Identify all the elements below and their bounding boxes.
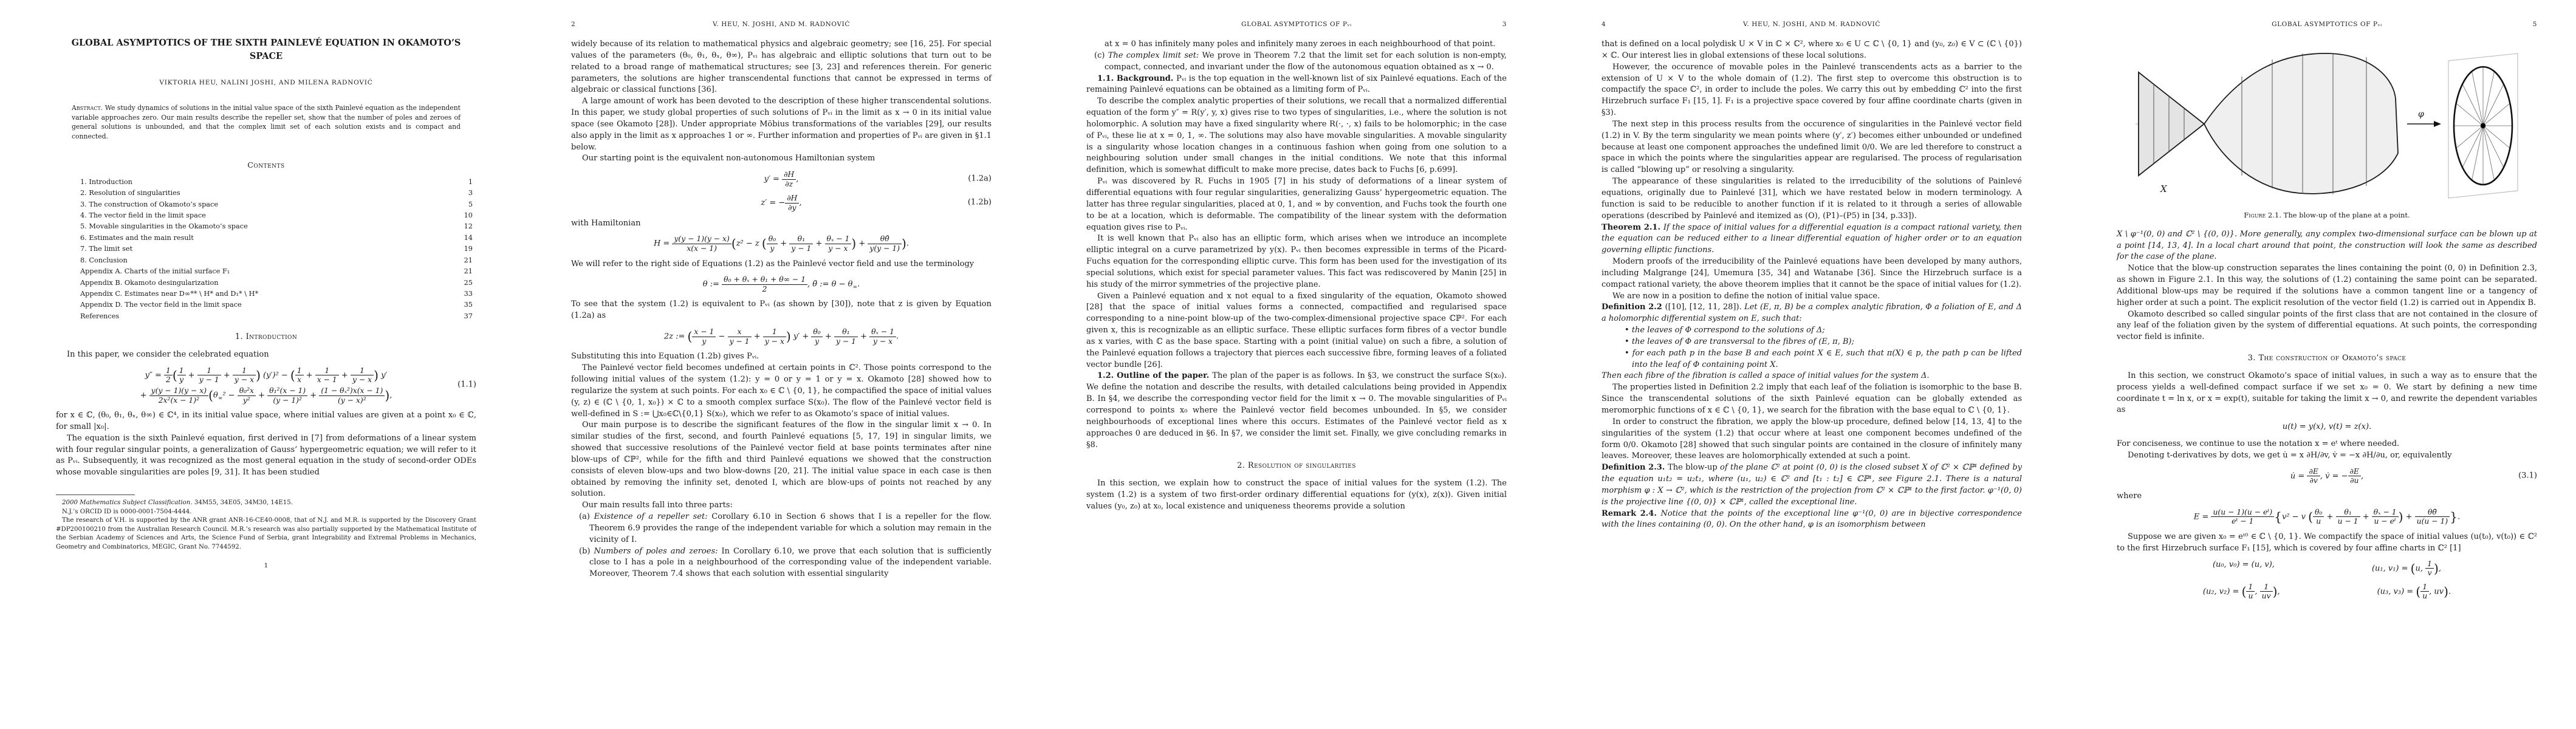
- equation-1-2a: y′ = ∂H∂z, (1.2a): [571, 170, 992, 188]
- toc-entry: Appendix C. Estimates near D∞** \ H* and…: [80, 289, 473, 299]
- figure-caption: Figure 2.1. The blow-up of the plane at …: [2117, 210, 2537, 221]
- paragraph: 1.1. Background. Pᵥᵢ is the top equation…: [1086, 74, 1507, 97]
- header-title: GLOBAL ASYMPTOTICS OF Pᵥᵢ: [2137, 21, 2516, 28]
- paragraph: The research of V.H. is supported by the…: [56, 516, 476, 552]
- header-title: V. HEU, N. JOSHI, AND M. RADNOVIĆ: [592, 21, 971, 28]
- paragraph: However, the occurence of movable poles …: [1601, 62, 2022, 119]
- paragraph: with Hamiltonian: [571, 218, 992, 230]
- equation-1-2b: z′ = −∂H∂y, (1.2b): [571, 194, 992, 212]
- paragraph: Substituting this into Equation (1.2b) g…: [571, 351, 992, 363]
- toc-entry: Appendix D. The vector field in the limi…: [80, 299, 473, 310]
- toc-entry: References37: [80, 311, 473, 322]
- header-page-number: 3: [1486, 21, 1507, 28]
- body-paragraphs: Suppose we are given x₀ = eᵗ⁰ ∈ ℂ \ {0, …: [2117, 532, 2537, 555]
- page-5: GLOBAL ASYMPTOTICS OF Pᵥᵢ 5 X φ: [2061, 0, 2576, 729]
- footnote-rule: [56, 495, 135, 495]
- right-leaf-surface: [2204, 53, 2398, 194]
- paragraph: Then each fibre of the fibration is call…: [1601, 371, 2022, 382]
- paragraph: Our main purpose is to describe the sign…: [571, 420, 992, 500]
- paper-authors: VIKTORIA HEU, NALINI JOSHI, AND MILENA R…: [56, 78, 476, 87]
- paragraph: Given a Painlevé equation and x not equa…: [1086, 291, 1507, 371]
- chart-1: (u₁, v₁) = (u, 1v),: [2372, 560, 2441, 578]
- contents-heading: Contents: [56, 160, 476, 171]
- uv-substitution-equation: u(t) = y(x), v(t) = z(x).: [2117, 422, 2537, 433]
- paragraph: at x = 0 has infinitely many poles and i…: [1086, 39, 1507, 50]
- paragraph: Pᵥᵢ was discovered by R. Fuchs in 1905 […: [1086, 176, 1507, 233]
- equation-1-2b-body: z′ = −∂H∂y,: [571, 194, 992, 212]
- abstract-text: We study dynamics of solutions in the in…: [72, 104, 461, 140]
- page-number: 1: [56, 561, 476, 570]
- abstract-label: Abstract.: [72, 104, 103, 112]
- body-paragraphs: Substituting this into Equation (1.2b) g…: [571, 351, 992, 580]
- running-header: GLOBAL ASYMPTOTICS OF Pᵥᵢ 3: [1030, 0, 1546, 28]
- paragraph: For conciseness, we continue to use the …: [2117, 439, 2537, 450]
- equation-1-1-line-2: + y(y − 1)(y − x)2x²(x − 1)²(θ∞² − θ₀²xy…: [56, 386, 476, 405]
- figure-2-1: X φ Figure 2.1. The blow-up of the plane…: [2117, 45, 2537, 221]
- body-paragraphs: In this section, we explain how to const…: [1086, 478, 1507, 513]
- figure-caption-label: Figure 2.1.: [2244, 211, 2281, 219]
- header-title: GLOBAL ASYMPTOTICS OF Pᵥᵢ: [1107, 21, 1486, 28]
- page-1: GLOBAL ASYMPTOTICS OF THE SIXTH PAINLEVÉ…: [0, 0, 515, 729]
- paragraph: (c) The complex limit set: We prove in T…: [1086, 50, 1507, 74]
- body-paragraphs: We will refer to the right side of Equat…: [571, 259, 992, 270]
- section-2-heading: 2. Resolution of singularities: [1086, 460, 1507, 472]
- body-paragraphs: In this section, we construct Okamoto’s …: [2117, 371, 2537, 416]
- paragraph: We will refer to the right side of Equat…: [571, 259, 992, 270]
- equation-1-1-line-1: y″ = 12(1y + 1y − 1 + 1y − x) (y′)² − (1…: [56, 366, 476, 385]
- section-3-heading: 3. The construction of Okamoto’s space: [2117, 353, 2537, 364]
- paragraph: It is well known that Pᵥᵢ also has an el…: [1086, 233, 1507, 290]
- footnote-text: 2000 Mathematics Subject Classification.…: [56, 499, 476, 552]
- hamiltonian-equation: H = y(y − 1)(y − x)x(x − 1)(z² − z (θ₀y …: [571, 234, 992, 253]
- paragraph: The Painlevé vector field becomes undefi…: [571, 363, 992, 420]
- header-page-number: 5: [2516, 21, 2537, 28]
- body-paragraphs: where: [2117, 491, 2537, 502]
- toc-entry: 5. Movable singularities in the Okamoto’…: [80, 221, 473, 232]
- theta-definition-equation: θ := θ₀ + θₓ + θ₁ + θ∞ − 12, θ̄ := θ − θ…: [571, 275, 992, 293]
- body-paragraphs: with Hamiltonian: [571, 218, 992, 230]
- surface-label-x: X: [2160, 183, 2168, 194]
- toc-entry: 8. Conclusion21: [80, 255, 473, 266]
- paragraph: Our main results fall into three parts:: [571, 500, 992, 512]
- body-paragraphs: To see that the system (1.2) is equivale…: [571, 299, 992, 322]
- body-paragraphs: that is defined on a local polydisk U × …: [1601, 39, 2022, 531]
- equation-tag: (1.2b): [968, 197, 992, 209]
- page-2: 2 V. HEU, N. JOSHI, AND M. RADNOVIĆ wide…: [515, 0, 1030, 729]
- projection-arrow-head: [2434, 121, 2441, 127]
- body-paragraphs: widely because of its relation to mathem…: [571, 39, 992, 165]
- paragraph: In order to construct the fibration, we …: [1601, 417, 2022, 462]
- toc-entry: 2. Resolution of singularities3: [80, 188, 473, 199]
- blowup-figure: X φ: [2132, 45, 2521, 203]
- paragraph: Denoting t-derivatives by dots, we get u…: [2117, 450, 2537, 462]
- equation-3-1: u̇ = ∂E∂v, v̇ = −∂E∂u, (3.1): [2117, 467, 2537, 485]
- page-3: GLOBAL ASYMPTOTICS OF Pᵥᵢ 3 at x = 0 has…: [1030, 0, 1546, 729]
- chart-equations-row-1: (u₀, v₀) = (u, v), (u₁, v₁) = (u, 1v),: [2117, 560, 2537, 578]
- paragraph: (b) Numbers of poles and zeroes: In Coro…: [571, 546, 992, 581]
- equation-tag: (1.1): [457, 380, 476, 391]
- header-page-number: 2: [571, 21, 592, 28]
- running-header: GLOBAL ASYMPTOTICS OF Pᵥᵢ 5: [2061, 0, 2576, 28]
- paragraph: widely because of its relation to mathem…: [571, 39, 992, 96]
- paragraph: Definition 2.3. The blow-up of the plane…: [1601, 462, 2022, 508]
- paragraph: 1.2. Outline of the paper. The plan of t…: [1086, 371, 1507, 451]
- paragraph: where: [2117, 491, 2537, 502]
- page-4: 4 V. HEU, N. JOSHI, AND M. RADNOVIĆ that…: [1546, 0, 2061, 729]
- equation-tag: (3.1): [2518, 471, 2537, 482]
- paragraph: (a) Existence of a repeller set: Corolla…: [571, 512, 992, 546]
- toc-entry: Appendix A. Charts of the initial surfac…: [80, 266, 473, 277]
- footnotes: 2000 Mathematics Subject Classification.…: [56, 495, 476, 552]
- table-of-contents: 1. Introduction12. Resolution of singula…: [56, 177, 476, 322]
- figure-caption-text: The blow-up of the plane at a point.: [2284, 211, 2410, 219]
- toc-entry: 6. Estimates and the main result14: [80, 233, 473, 244]
- paragraph: • the leaves of Φ are transversal to the…: [1601, 337, 2022, 348]
- paragraph: The appearance of these singularities is…: [1601, 176, 2022, 222]
- paragraph: Remark 2.4. Notice that the points of th…: [1601, 508, 2022, 532]
- paragraph: The next step in this process results fr…: [1601, 119, 2022, 176]
- paragraph: X \ φ⁻¹(0, 0) and ℂ² \ {(0, 0)}. More ge…: [2117, 229, 2537, 264]
- paragraph: Our starting point is the equivalent non…: [571, 153, 992, 165]
- paragraph: To describe the complex analytic propert…: [1086, 96, 1507, 176]
- running-header: 4 V. HEU, N. JOSHI, AND M. RADNOVIĆ: [1546, 0, 2061, 28]
- header-page-number: 4: [1601, 21, 1622, 28]
- paragraph: N.J.’s ORCID ID is 0000-0001-7504-4444.: [56, 508, 476, 516]
- equation-1-2a-body: y′ = ∂H∂z,: [571, 170, 992, 188]
- paragraph: Theorem 2.1. If the space of initial val…: [1601, 222, 2022, 257]
- paragraph: The properties listed in Definition 2.2 …: [1601, 382, 2022, 417]
- section-1-heading: 1. Introduction: [56, 332, 476, 343]
- toc-entry: Appendix B. Okamoto desingularization25: [80, 278, 473, 289]
- energy-equation: E = u(u − 1)(u − eᵗ)eᵗ − 1{v² − v (θ₀u +…: [2117, 508, 2537, 526]
- body-paragraphs: X \ φ⁻¹(0, 0) and ℂ² \ {(0, 0)}. More ge…: [2117, 229, 2537, 343]
- paragraph: Notice that the blow-up construction sep…: [2117, 263, 2537, 309]
- chart-3: (u₃, v₃) = (1u, uv).: [2377, 583, 2451, 601]
- toc-entry: 4. The vector field in the limit space10: [80, 210, 473, 221]
- chart-equations-row-2: (u₂, v₂) = (1u, 1uv), (u₃, v₃) = (1u, uv…: [2117, 583, 2537, 601]
- equation-1-1: y″ = 12(1y + 1y − 1 + 1y − x) (y′)² − (1…: [56, 366, 476, 405]
- toc-entry: 1. Introduction1: [80, 177, 473, 188]
- paper-title: GLOBAL ASYMPTOTICS OF THE SIXTH PAINLEVÉ…: [62, 36, 470, 64]
- toc-entry: 3. The construction of Okamoto’s space5: [80, 199, 473, 210]
- blown-up-point: [2481, 123, 2485, 128]
- header-title: V. HEU, N. JOSHI, AND M. RADNOVIĆ: [1622, 21, 2001, 28]
- chart-0: (u₀, v₀) = (u, v),: [2213, 560, 2275, 578]
- paragraph: 2000 Mathematics Subject Classification.…: [56, 499, 476, 507]
- paragraph: Modern proofs of the irreducibility of t…: [1601, 256, 2022, 291]
- chart-2: (u₂, v₂) = (1u, 1uv),: [2203, 583, 2280, 601]
- body-paragraphs: For conciseness, we continue to use the …: [2117, 439, 2537, 462]
- paragraph: A large amount of work has been devoted …: [571, 96, 992, 153]
- paragraph: that is defined on a local polydisk U × …: [1601, 39, 2022, 62]
- paragraph: Definition 2.2 ([10], [12, 11, 28]). Let…: [1601, 302, 2022, 325]
- paragraph: for x ∈ ℂ, (θ₀, θ₁, θₓ, θ∞) ∈ ℂ⁴, in its…: [56, 410, 476, 433]
- paragraph: • for each path p in the base B and each…: [1601, 348, 2022, 371]
- after-equation-paragraphs: for x ∈ ℂ, (θ₀, θ₁, θₓ, θ∞) ∈ ℂ⁴, in its…: [56, 410, 476, 479]
- running-header: 2 V. HEU, N. JOSHI, AND M. RADNOVIĆ: [515, 0, 1030, 28]
- paragraph: In this section, we explain how to const…: [1086, 478, 1507, 513]
- arrow-label-phi: φ: [2418, 109, 2424, 119]
- paragraph: In this section, we construct Okamoto’s …: [2117, 371, 2537, 416]
- equation-tag: (1.2a): [968, 174, 992, 185]
- intro-paragraphs: In this paper, we consider the celebrate…: [56, 349, 476, 361]
- left-fan-surface: [2139, 72, 2204, 176]
- paragraph: We are now in a position to define the n…: [1601, 291, 2022, 303]
- paragraph: In this paper, we consider the celebrate…: [56, 349, 476, 361]
- paragraph: Suppose we are given x₀ = eᵗ⁰ ∈ ℂ \ {0, …: [2117, 532, 2537, 555]
- abstract: Abstract. We study dynamics of solutions…: [72, 103, 461, 142]
- paragraph: Okamoto described so called singular poi…: [2117, 309, 2537, 344]
- paragraph: • the leaves of Φ correspond to the solu…: [1601, 325, 2022, 337]
- toc-entry: 7. The limit set19: [80, 244, 473, 255]
- paragraph: To see that the system (1.2) is equivale…: [571, 299, 992, 322]
- equation-3-1-body: u̇ = ∂E∂v, v̇ = −∂E∂u,: [2117, 467, 2537, 485]
- body-paragraphs: at x = 0 has infinitely many poles and i…: [1086, 39, 1507, 451]
- paragraph: The equation is the sixth Painlevé equat…: [56, 433, 476, 479]
- z-definition-equation: 2z := (x − 1y − xy − 1 + 1y − x) y′ + θ₀…: [571, 327, 992, 346]
